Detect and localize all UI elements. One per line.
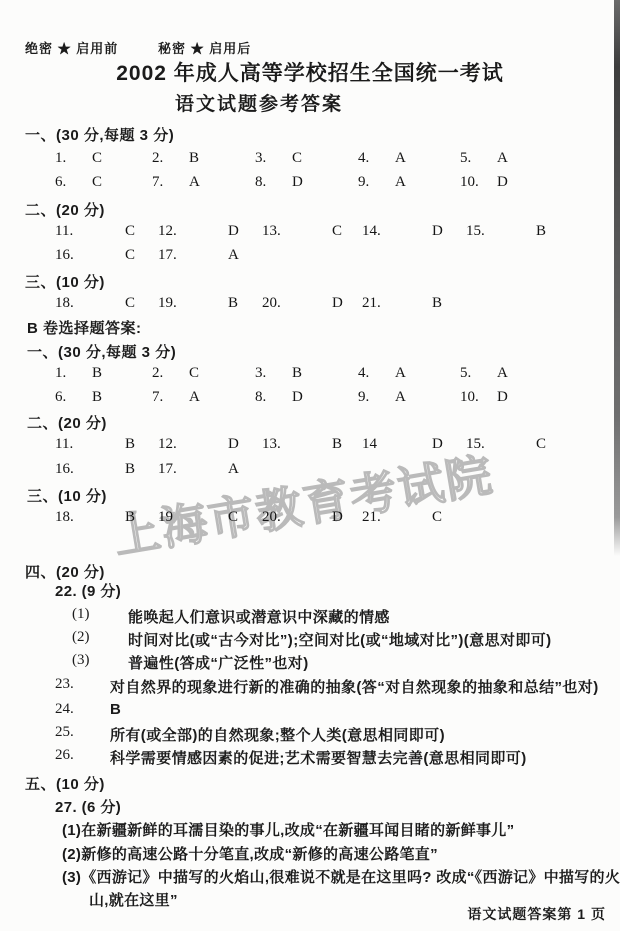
question-number: 20. [262,295,281,312]
answer-letter: A [497,365,508,382]
subitem-number: (3) [72,652,90,669]
answer-text: (1)在新疆新鲜的耳濡目染的事儿,改成“在新疆耳闻目睹的新鲜事儿” [62,819,514,840]
question-number: 8. [255,174,266,191]
question-number: 6. [55,174,66,191]
answer-letter: B [92,389,102,406]
answer-letter: D [332,295,343,312]
question-number: 11. [55,223,73,240]
page-title: 2002 年成人高等学校招生全国统一考试 [0,57,620,87]
section-heading-a3: 三、(10 分) [25,271,105,292]
question-number: 13. [262,223,281,240]
answer-letter: D [292,174,303,191]
answer-row: 6.C7.A8.D9.A10.D [0,174,620,192]
question-number: 13. [262,436,281,453]
subitem-number: (2) [72,629,90,646]
question-number: 7. [152,174,163,191]
question-number: 26. [55,747,74,764]
answer-letter: C [125,223,135,240]
question-number: 3. [255,365,266,382]
answer-letter: B [125,509,135,526]
section-heading-b3: 三、(10 分) [27,485,107,506]
page-subtitle: 语文试题参考答案 [175,89,343,116]
question-number: 5. [460,150,471,167]
section-heading-a1: 一、(30 分,每题 3 分) [25,124,174,145]
answer-text: (2)新修的高速公路十分笔直,改成“新修的高速公路笔直” [62,843,438,864]
classification-label-right: 秘密 ★ 启用后 [158,38,251,57]
question-number: 21. [362,509,381,526]
answer-letter: B [536,223,546,240]
question-number: 14. [362,223,381,240]
answer-row: 18.C19.B20.D21.B [0,295,620,313]
answer-letter: C [125,295,135,312]
answer-text: 时间对比(或“古今对比”);空间对比(或“地域对比”)(意思对即可) [128,629,552,650]
subitem-number: (1) [72,606,90,623]
answer-letter: B [125,461,135,478]
answer-letter: B [432,295,442,312]
answer-letter: A [395,389,406,406]
question-number: 10. [460,174,479,191]
answer-text: 山,就在这里” [89,889,178,910]
answer-subitem: (1)在新疆新鲜的耳濡目染的事儿,改成“在新疆耳闻目睹的新鲜事儿” [0,819,620,837]
answer-text: 科学需要情感因素的促进;艺术需要智慧去完善(意思相同即可) [110,747,527,768]
answer-row: 1.C2.B3.C4.A5.A [0,150,620,168]
answer-item: 24. B [0,701,620,719]
question-22-label-line: 22. (9 分) [0,580,620,598]
answer-text: 能唤起人们意识或潜意识中深藏的情感 [128,606,390,627]
answer-text: 普遍性(答成“广泛性”也对) [128,652,309,673]
question-number: 10. [460,389,479,406]
answer-row: 11.C12.D13.C14.D15.B [0,223,620,241]
answer-item: 25. 所有(或全部)的自然现象;整个人类(意思相同即可) [0,724,620,742]
classification-label-left: 绝密 ★ 启用前 [25,38,118,57]
answer-letter: D [332,509,343,526]
answer-letter: A [228,247,239,264]
answer-letter: B [125,436,135,453]
answer-letter: B [292,365,302,382]
answer-letter: C [189,365,199,382]
answer-letter: A [395,365,406,382]
answer-letter: D [497,174,508,191]
answer-letter: C [432,509,442,526]
question-number: 19. [158,295,177,312]
answer-letter: C [332,223,342,240]
question-number: 19 [158,509,173,526]
question-number: 11. [55,436,73,453]
answer-letter: A [189,174,200,191]
question-number: 17. [158,247,177,264]
answer-letter: C [292,150,302,167]
answer-subitem: (2) 时间对比(或“古今对比”);空间对比(或“地域对比”)(意思对即可) [0,629,620,647]
section-heading-b2: 二、(20 分) [27,412,107,433]
answer-text: (3)《西游记》中描写的火焰山,很难说不就是在这里吗? 改成“《西游记》中描写的… [62,866,620,887]
answer-letter: A [497,150,508,167]
question-number: 1. [55,150,66,167]
answer-letter: C [125,247,135,264]
answer-letter: D [228,436,239,453]
answer-row: 1.B2.C3.B4.A5.A [0,365,620,383]
answer-letter: B [189,150,199,167]
answer-subitem: (3) 普遍性(答成“广泛性”也对) [0,652,620,670]
answer-text: 对自然界的现象进行新的准确的抽象(答“对自然现象的抽象和总结”也对) [110,676,599,697]
answer-row: 16.C17.A [0,247,620,265]
answer-letter: B [332,436,342,453]
answer-row: 16.B17.A [0,461,620,479]
section-heading-4: 四、(20 分) [25,561,105,582]
question-number: 18. [55,509,74,526]
question-number: 2. [152,365,163,382]
exam-answer-sheet-page: 上海市教育考试院 绝密 ★ 启用前 秘密 ★ 启用后 2002 年成人高等学校招… [0,0,620,931]
answer-item: 26. 科学需要情感因素的促进;艺术需要智慧去完善(意思相同即可) [0,747,620,765]
question-number: 18. [55,295,74,312]
question-number: 8. [255,389,266,406]
question-number: 12. [158,436,177,453]
question-number: 3. [255,150,266,167]
question-number: 17. [158,461,177,478]
question-number: 4. [358,365,369,382]
answer-letter: D [432,436,443,453]
question-number: 12. [158,223,177,240]
answer-letter: D [432,223,443,240]
section-heading-b1: 一、(30 分,每题 3 分) [27,341,176,362]
question-number: 20. [262,509,281,526]
question-number: 15. [466,223,485,240]
answer-letter: D [292,389,303,406]
answer-letter: B [228,295,238,312]
answer-row: 6.B7.A8.D9.A10.D [0,389,620,407]
question-number: 25. [55,724,74,741]
question-number: 5. [460,365,471,382]
answer-letter: D [497,389,508,406]
answer-row: 11.B12.D13.B14D15.C [0,436,620,454]
answer-letter: A [395,174,406,191]
answer-text: B [110,701,121,718]
question-number: 7. [152,389,163,406]
question-number: 9. [358,174,369,191]
answer-letter: A [228,461,239,478]
question-number: 4. [358,150,369,167]
question-number: 24. [55,701,74,718]
answer-row: 18.B19C20.D21.C [0,509,620,527]
question-label: 22. (9 分) [55,580,121,601]
section-heading-5: 五、(10 分) [25,773,105,794]
question-number: 15. [466,436,485,453]
answer-letter: D [228,223,239,240]
answer-letter: C [228,509,238,526]
answer-letter: B [92,365,102,382]
question-27-label-line: 27. (6 分) [0,796,620,814]
question-number: 16. [55,461,74,478]
question-number: 21. [362,295,381,312]
answer-item: 23. 对自然界的现象进行新的准确的抽象(答“对自然现象的抽象和总结”也对) [0,676,620,694]
question-number: 1. [55,365,66,382]
question-label: 27. (6 分) [55,796,121,817]
answer-text: 所有(或全部)的自然现象;整个人类(意思相同即可) [110,724,445,745]
question-number: 9. [358,389,369,406]
answer-letter: A [395,150,406,167]
answer-letter: A [189,389,200,406]
question-number: 14 [362,436,377,453]
question-number: 16. [55,247,74,264]
paper-b-label: B 卷选择题答案: [27,317,142,338]
answer-subitem: (3)《西游记》中描写的火焰山,很难说不就是在这里吗? 改成“《西游记》中描写的… [0,866,620,884]
question-number: 2. [152,150,163,167]
answer-letter: C [92,174,102,191]
question-number: 23. [55,676,74,693]
answer-subitem: (2)新修的高速公路十分笔直,改成“新修的高速公路笔直” [0,843,620,861]
question-number: 6. [55,389,66,406]
section-heading-a2: 二、(20 分) [25,199,105,220]
answer-letter: C [536,436,546,453]
answer-letter: C [92,150,102,167]
page-footer: 语文试题答案第 1 页 [467,904,606,924]
answer-subitem: (1) 能唤起人们意识或潜意识中深藏的情感 [0,606,620,624]
